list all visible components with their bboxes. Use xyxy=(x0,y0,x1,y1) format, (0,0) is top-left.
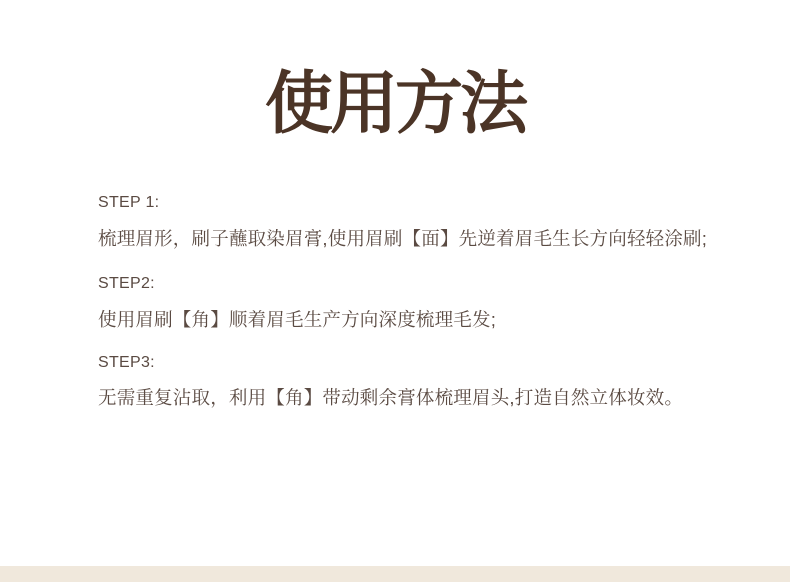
step-3-description: 无需重复沾取，利用【角】带动剩余膏体梳理眉头,打造自然立体妆效。 xyxy=(98,389,683,408)
section-title: 使用方法 xyxy=(0,70,790,138)
step-2-label: STEP2: xyxy=(98,276,155,292)
next-section-top-edge xyxy=(0,566,790,582)
step-3-label: STEP3: xyxy=(98,355,155,371)
step-1-description: 梳理眉形，刷子蘸取染眉膏,使用眉刷【面】先逆着眉毛生长方向轻轻涂刷; xyxy=(98,230,707,249)
usage-instructions-section: 使用方法 STEP 1: 梳理眉形，刷子蘸取染眉膏,使用眉刷【面】先逆着眉毛生长… xyxy=(0,0,790,582)
step-2-description: 使用眉刷【角】顺着眉毛生产方向深度梳理毛发; xyxy=(98,311,496,330)
step-1-label: STEP 1: xyxy=(98,195,159,211)
